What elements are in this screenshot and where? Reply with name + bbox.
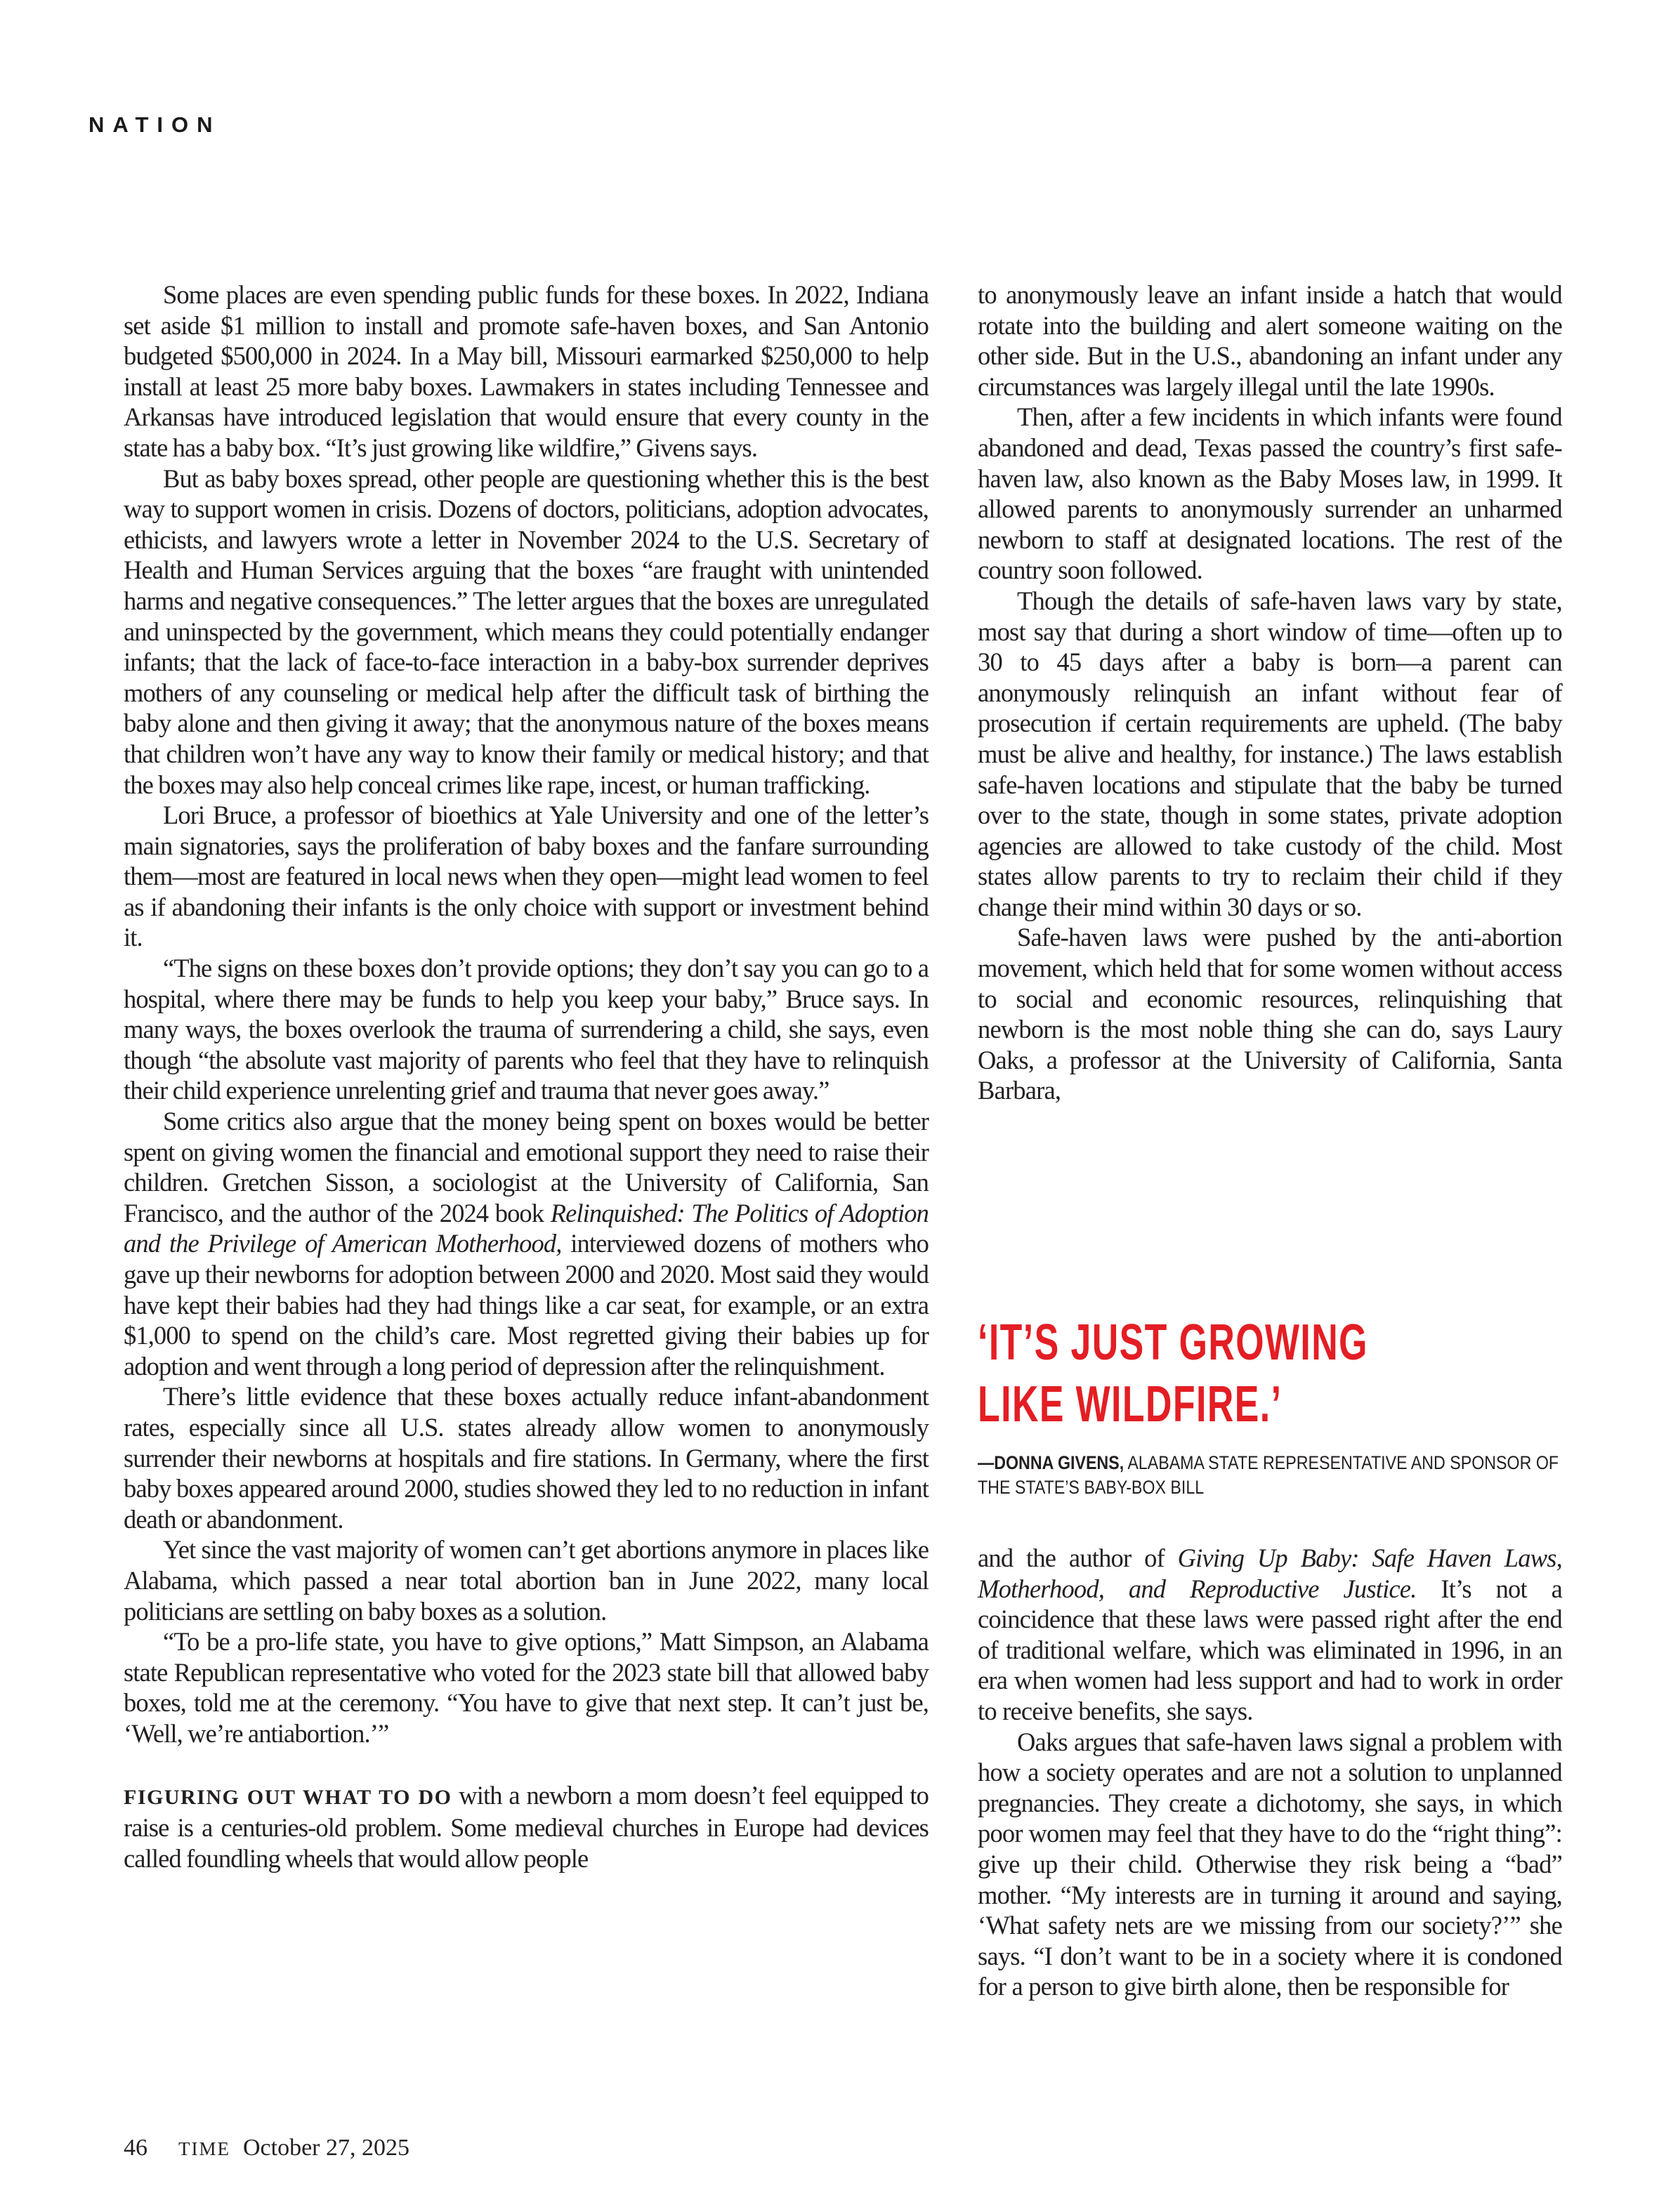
pull-quote-attribution: —DONNA GIVENS, ALABAMA STATE REPRESENTAT… (978, 1451, 1582, 1500)
article-column-right-bottom: and the author of Giving Up Baby: Safe H… (978, 1543, 1562, 2002)
pull-quote-line: LIKE WILDFIRE.’ (978, 1374, 1585, 1435)
section-opener-paragraph: Figuring out what to do with a newborn a… (124, 1780, 929, 1874)
paragraph: Safe-haven laws were pushed by the anti-… (978, 922, 1562, 1106)
article-column-right-top: to anonymously leave an infant inside a … (978, 279, 1562, 1106)
pull-quote: ‘IT’S JUST GROWING LIKE WILDFIRE.’ —DONN… (978, 1312, 1582, 1500)
publication-name: TIME (178, 2138, 230, 2160)
paragraph: Oaks argues that safe-haven laws signal … (978, 1727, 1562, 2002)
attribution-name: —DONNA GIVENS, (978, 1452, 1124, 1473)
page-folio: 46 TIME October 27, 2025 (124, 2135, 409, 2161)
issue-date: October 27, 2025 (243, 2135, 409, 2161)
pull-quote-text: ‘IT’S JUST GROWING LIKE WILDFIRE.’ (978, 1312, 1585, 1435)
paragraph: to anonymously leave an infant inside a … (978, 279, 1562, 402)
paragraph: “The signs on these boxes don’t provide … (124, 953, 929, 1106)
paragraph: But as baby boxes spread, other people a… (124, 463, 929, 801)
paragraph: Lori Bruce, a professor of bioethics at … (124, 800, 929, 953)
page-number: 46 (124, 2135, 147, 2161)
section-label: NATION (88, 112, 221, 138)
paragraph: Yet since the vast majority of women can… (124, 1534, 929, 1626)
pull-quote-line: ‘IT’S JUST GROWING (978, 1312, 1585, 1374)
paragraph-oaks: and the author of Giving Up Baby: Safe H… (978, 1543, 1562, 1727)
section-lead-in: Figuring out what to do (124, 1786, 452, 1809)
paragraph: “To be a pro-life state, you have to giv… (124, 1626, 929, 1749)
paragraph-sisson: Some critics also argue that the money b… (124, 1106, 929, 1381)
paragraph: There’s little evidence that these boxes… (124, 1381, 929, 1534)
paragraph: Though the details of safe-haven laws va… (978, 586, 1562, 923)
article-column-left: Some places are even spending public fun… (124, 279, 929, 1874)
paragraph-text: and the author of (978, 1543, 1178, 1572)
paragraph: Some places are even spending public fun… (124, 279, 929, 463)
paragraph: Then, after a few incidents in which inf… (978, 402, 1562, 586)
